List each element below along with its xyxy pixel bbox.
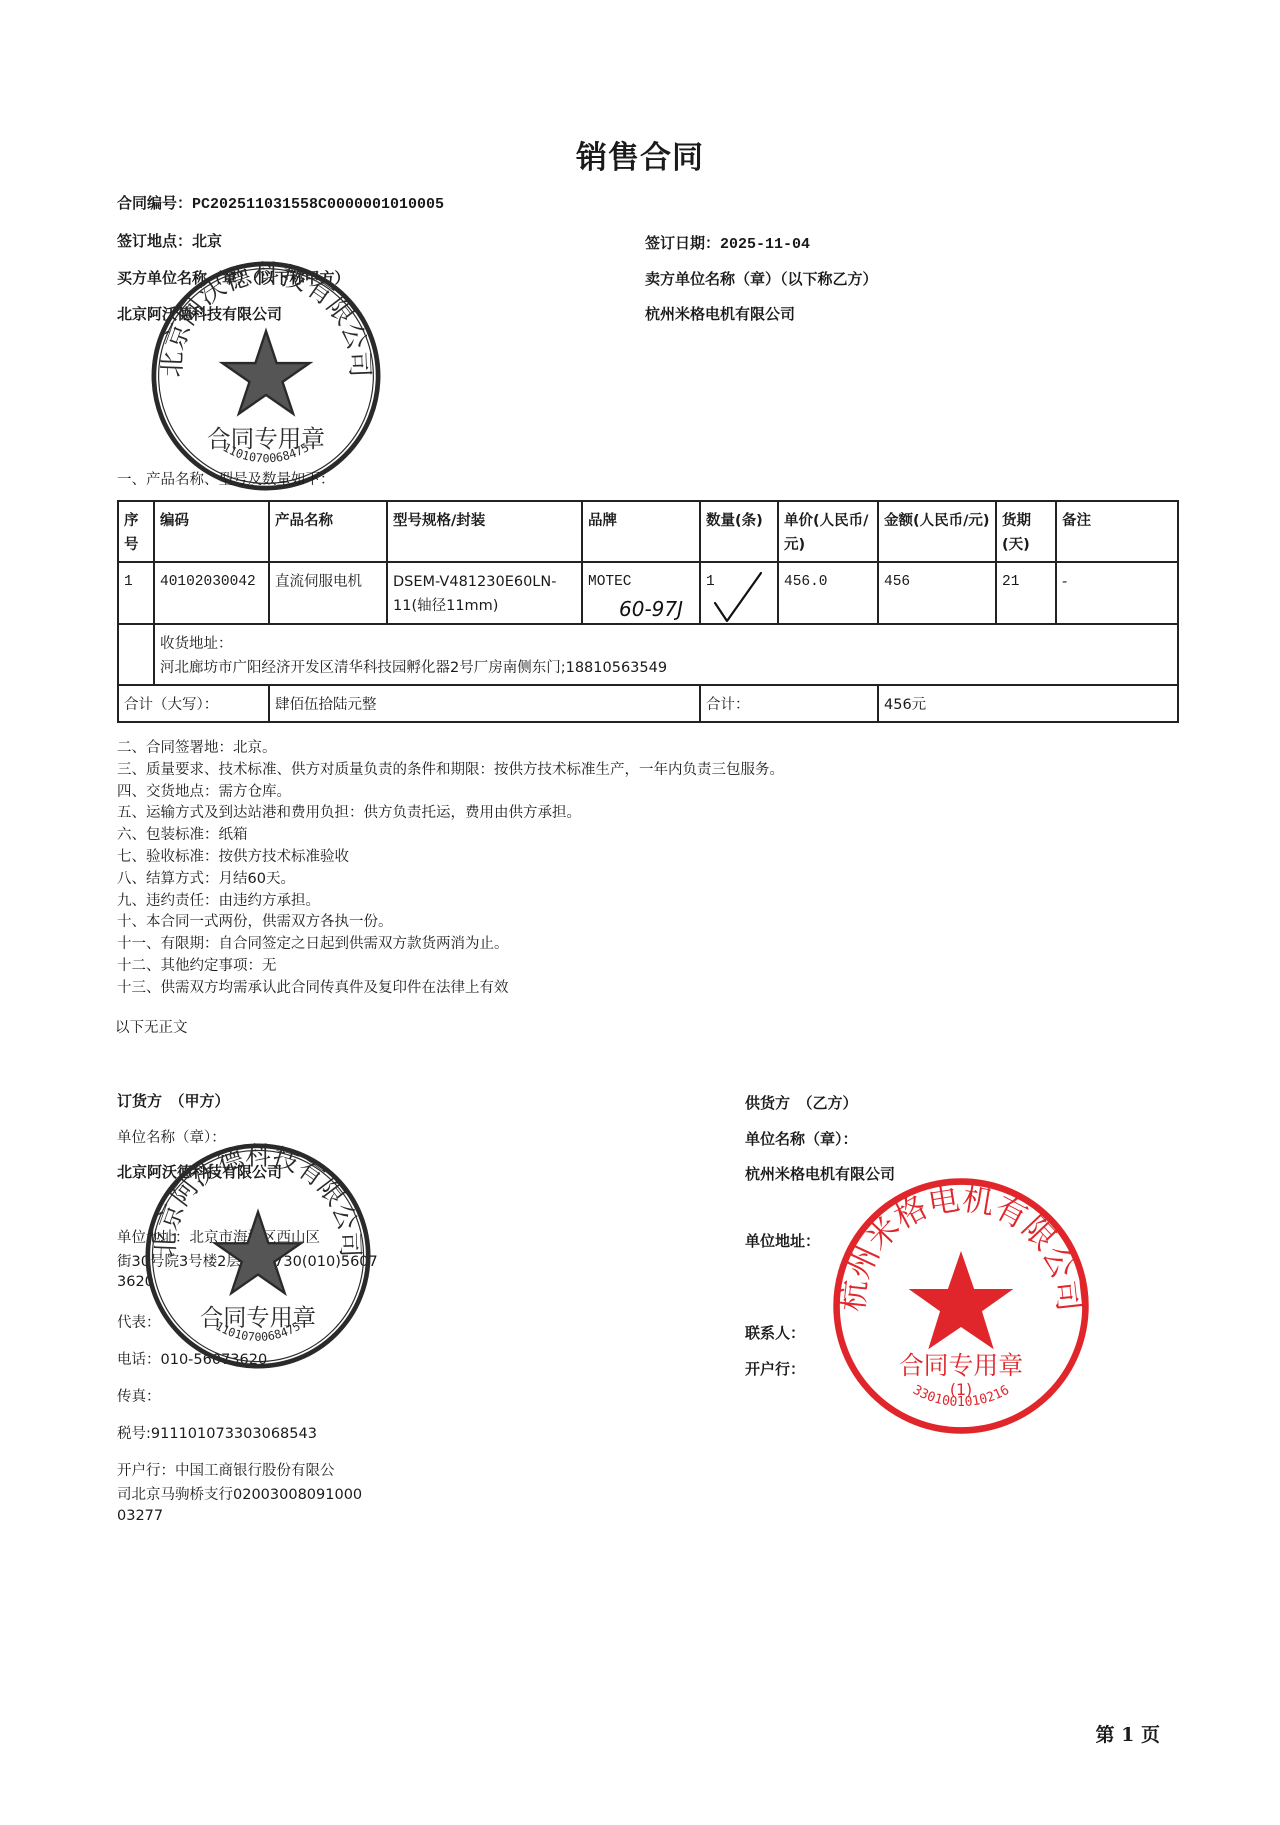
party-a-tax-label: 税号: [117,1426,151,1442]
col-header-model: 型号规格/封装 [387,501,582,562]
contract-number: 合同编号：PC202511031558C0000001010005 [117,192,444,213]
delivery-address-value: 河北廊坊市广阳经济开发区清华科技园孵化器2号厂房南侧东门;18810563549 [160,656,1172,680]
table-row: 1 40102030042 直流伺服电机 DSEM-V481230E60LN-1… [118,562,1178,624]
contract-number-value: PC202511031558C0000001010005 [192,196,444,213]
contract-clauses: 二、合同签署地：北京。 三、质量要求、技术标准、供方对质量负责的条件和期限：按供… [117,738,784,1000]
clause-11: 十一、有限期：自合同签定之日起到供需双方款货两消为止。 [117,934,784,956]
cell-seq: 1 [118,562,154,624]
cell-amount: 456 [878,562,996,624]
cell-name: 直流伺服电机 [269,562,387,624]
clause-9: 九、违约责任：由违约方承担。 [117,891,784,913]
total-upper-value: 肆佰伍拾陆元整 [269,685,700,722]
clause-7: 七、验收标准：按供方技术标准验收 [117,847,784,869]
delivery-address: 收货地址： 河北廊坊市广阳经济开发区清华科技园孵化器2号厂房南侧东门;18810… [154,624,1178,685]
buyer-company-seal: 北京阿沃德科技有限公司 合同专用章 1101070068475 [148,258,384,494]
svg-text:合同专用章: 合同专用章 [899,1351,1023,1380]
party-b-bank-label: 开户行： [745,1358,805,1379]
buyer-contract-seal: 北京阿沃德科技有限公司 合同专用章 1101070068475 [142,1140,374,1372]
section-1-heading: 一、产品名称、型号及数量如下： [117,468,335,489]
party-a-bank-line2: 司北京马驹桥支行02003008091000 [117,1483,362,1504]
sign-place: 签订地点：北京 [117,230,222,251]
seal-graphic: 北京阿沃德科技有限公司 合同专用章 1101070068475 [142,1140,374,1372]
clause-6: 六、包装标准：纸箱 [117,825,784,847]
page-number: 第 1 页 [1096,1720,1160,1747]
col-header-unit-price: 单价(人民币/元) [778,501,878,562]
delivery-address-label: 收货地址： [160,632,1172,656]
party-a-tax-value: 911101073303068543 [151,1426,317,1442]
seller-name: 杭州米格电机有限公司 [645,303,795,324]
seal-graphic: 北京阿沃德科技有限公司 合同专用章 1101070068475 [148,258,384,494]
seller-contract-seal: 杭州米格电机有限公司 合同专用章 (1) 3301001010216 [830,1175,1092,1437]
clause-4: 四、交货地点：需方仓库。 [117,782,784,804]
clause-3: 三、质量要求、技术标准、供方对质量负责的条件和期限：按供方技术标准生产，一年内负… [117,760,784,782]
sign-date: 签订日期：2025-11-04 [645,232,810,253]
products-table: 序号 编码 产品名称 型号规格/封装 品牌 数量(条) 单价(人民币/元) 金额… [117,500,1179,723]
col-header-brand: 品牌 [582,501,700,562]
cell-brand: MOTEC 60-97J [582,562,700,624]
total-value: 456元 [878,685,1178,722]
sign-place-value: 北京 [192,232,222,250]
col-header-qty: 数量(条) [700,501,778,562]
party-a-tax: 税号:911101073303068543 [117,1422,317,1443]
sign-date-value: 2025-11-04 [720,236,810,253]
party-a-bank-label: 开户行： [117,1463,175,1479]
party-a-bank-line1: 中国工商银行股份有限公 [175,1463,335,1479]
handwritten-note: 60-97J [619,597,683,621]
contract-number-label: 合同编号： [117,194,192,212]
total-row: 合计（大写）： 肆佰伍拾陆元整 合计： 456元 [118,685,1178,722]
sign-date-label: 签订日期： [645,234,720,252]
clause-5: 五、运输方式及到达站港和费用负担：供方负责托运，费用由供方承担。 [117,803,784,825]
cell-unit-price: 456.0 [778,562,878,624]
party-a-bank-line3: 03277 [117,1508,163,1524]
col-header-amount: 金额(人民币/元) [878,501,996,562]
clause-2: 二、合同签署地：北京。 [117,738,784,760]
seal-graphic: 杭州米格电机有限公司 合同专用章 (1) 3301001010216 [830,1175,1092,1437]
cell-lead-time: 21 [996,562,1056,624]
total-upper-label: 合计（大写）： [118,685,269,722]
col-header-remark: 备注 [1056,501,1178,562]
clause-8: 八、结算方式：月结60天。 [117,869,784,891]
cell-remark: - [1056,562,1178,624]
party-a-heading: 订货方 （甲方） [117,1090,230,1111]
party-b-heading: 供货方 （乙方） [745,1092,858,1113]
col-header-lead-time: 货期(天) [996,501,1056,562]
table-header-row: 序号 编码 产品名称 型号规格/封装 品牌 数量(条) 单价(人民币/元) 金额… [118,501,1178,562]
seller-label: 卖方单位名称（章）（以下称乙方） [645,268,878,289]
document-title: 销售合同 [0,132,1280,177]
party-a-bank: 开户行：中国工商银行股份有限公 [117,1459,335,1480]
end-of-text-note: 以下无正文 [115,1016,188,1037]
party-b-contact-label: 联系人： [745,1322,805,1343]
party-a-fax-label: 传真： [117,1385,161,1406]
cell-code: 40102030042 [154,562,269,624]
clause-12: 十二、其他约定事项：无 [117,956,784,978]
sign-place-label: 签订地点： [117,232,192,250]
total-label: 合计： [700,685,878,722]
cell-qty: 1 [700,562,778,624]
party-b-address-label: 单位地址： [745,1230,820,1251]
col-header-code: 编码 [154,501,269,562]
cell-model: DSEM-V481230E60LN-11(轴径11mm) [387,562,582,624]
clause-13: 十三、供需双方均需承认此合同传真件及复印件在法律上有效 [117,978,784,1000]
col-header-name: 产品名称 [269,501,387,562]
clause-10: 十、本合同一式两份，供需双方各执一份。 [117,912,784,934]
checkmark-icon [709,569,765,627]
col-header-seq: 序号 [118,501,154,562]
party-b-name-label: 单位名称（章）： [745,1128,858,1149]
address-row: 收货地址： 河北廊坊市广阳经济开发区清华科技园孵化器2号厂房南侧东门;18810… [118,624,1178,685]
cell-brand-text: MOTEC [588,574,632,590]
